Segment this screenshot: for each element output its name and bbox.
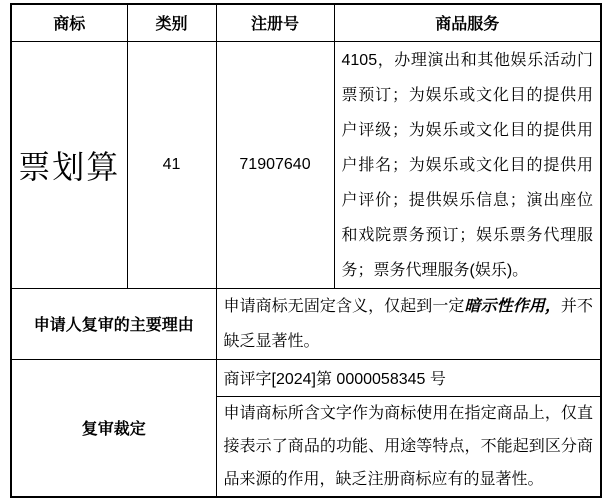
header-trademark: 商标 (11, 4, 127, 41)
goods-services-text: 4105，办理演出和其他娱乐活动门票预订；为娱乐或文化目的提供用户评级；为娱乐或… (334, 41, 601, 288)
review-reason-text-prefix: 申请商标无固定含义，仅起到一定 (224, 298, 465, 315)
ruling-document-number: 商评字[2024]第 0000058345 号 (216, 359, 601, 396)
category-value: 41 (127, 41, 216, 288)
header-registration-number: 注册号 (216, 4, 334, 41)
ruling-document-number-row: 复审裁定 商评字[2024]第 0000058345 号 (11, 359, 601, 396)
review-reason-text-emphasis: 暗示性作用， (465, 298, 561, 315)
header-row: 商标 类别 注册号 商品服务 (11, 4, 601, 41)
trademark-row: 票划算 41 71907640 4105，办理演出和其他娱乐活动门票预订；为娱乐… (11, 41, 601, 288)
review-reason-content: 申请商标无固定含义，仅起到一定暗示性作用，并不缺乏显著性。 (216, 288, 601, 359)
header-category: 类别 (127, 4, 216, 41)
review-reason-row: 申请人复审的主要理由 申请商标无固定含义，仅起到一定暗示性作用，并不缺乏显著性。 (11, 288, 601, 359)
trademark-mark: 票划算 (11, 41, 127, 288)
ruling-text: 申请商标所含文字作为商标使用在指定商品上，仅直接表示了商品的功能、用途等特点，不… (216, 396, 601, 497)
trademark-review-table: 商标 类别 注册号 商品服务 票划算 41 71907640 4105，办理演出… (10, 3, 602, 498)
header-goods-services: 商品服务 (334, 4, 601, 41)
review-reason-label: 申请人复审的主要理由 (11, 288, 216, 359)
ruling-label: 复审裁定 (11, 359, 216, 497)
registration-number-value: 71907640 (216, 41, 334, 288)
